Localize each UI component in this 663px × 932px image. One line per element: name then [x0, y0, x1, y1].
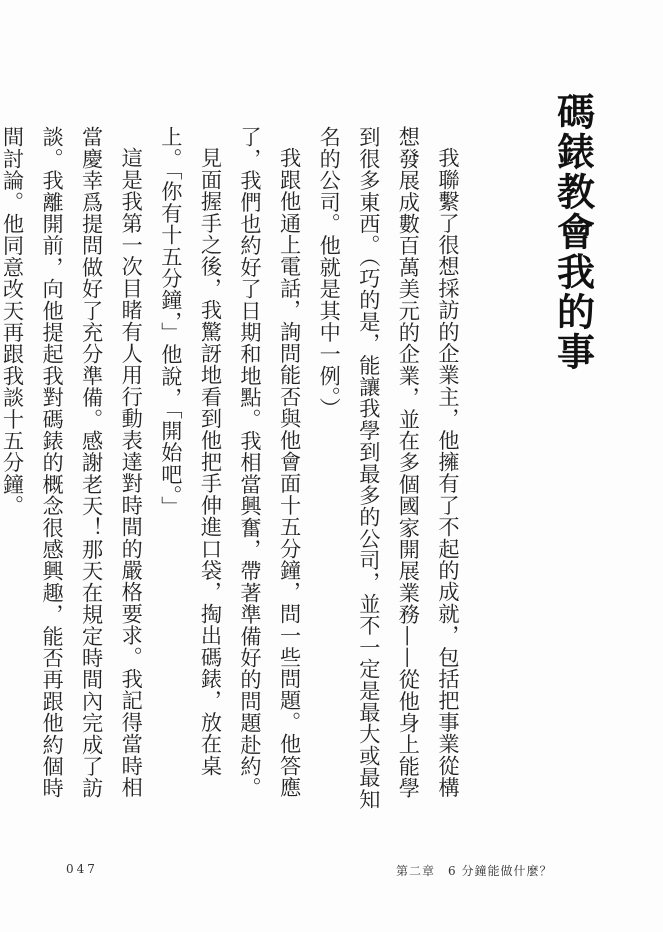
chapter-section-title: 碼錶教會我的事 [547, 92, 597, 372]
paragraph-4: 這是我第一次目睹有人用行動表達對時間的嚴格要求。我記得當時相當慶幸爲提問做好了充… [0, 126, 151, 816]
paragraph-2: 我跟他通上電話，詢問能否與他會面十五分鐘，問一些問題。他答應了，我們也約好了日期… [230, 126, 309, 816]
book-page: 碼錶教會我的事 我聯繫了很想採訪的企業主，他擁有了不起的成就，包括把事業從構想發… [0, 0, 663, 932]
page-number: 047 [66, 862, 98, 876]
running-header: 第二章 6 分鐘能做什麼？ [396, 862, 552, 879]
page-footer: 047 第二章 6 分鐘能做什麼？ [0, 862, 663, 882]
body-text: 我聯繫了很想採訪的企業主，他擁有了不起的成就，包括把事業從構想發展成數百萬美元的… [0, 126, 468, 816]
paragraph-1: 我聯繫了很想採訪的企業主，他擁有了不起的成就，包括把事業從構想發展成數百萬美元的… [310, 126, 468, 816]
paragraph-3: 見面握手之後，我驚訝地看到他把手伸進口袋，掏出碼錶，放在桌上。「你有十五分鐘，」… [151, 126, 230, 816]
